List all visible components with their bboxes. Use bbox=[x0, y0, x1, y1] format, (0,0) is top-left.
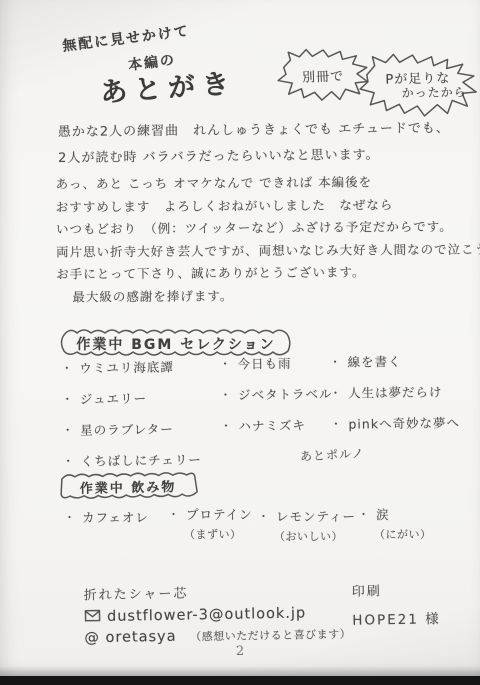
drink-item: ・カフェオレ bbox=[64, 508, 149, 526]
body-line: いつもどおり （例：ツイッターなど）ふざける予定だからです。 bbox=[56, 215, 480, 241]
bullet-icon: ・ bbox=[220, 380, 232, 411]
bgm-list-item: ・線を書く bbox=[329, 345, 459, 378]
bgm-list-item: ・星のラブレター bbox=[62, 413, 202, 446]
body-line: あっ、あと こっち オマケなんで できれば 本編後を bbox=[56, 170, 480, 196]
bullet-icon: ・ bbox=[61, 353, 73, 384]
body-line: おすすめします よろしくおねがいしました なぜなら bbox=[56, 193, 480, 219]
bgm-list-item: ・ジュエリー bbox=[62, 382, 202, 415]
bullet-icon: ・ bbox=[329, 347, 341, 378]
body-line: お手にとって下さり、誠にありがとうございます。 bbox=[56, 260, 480, 286]
twitter-note: （感想いただけると喜びます） bbox=[190, 628, 351, 644]
bubble2-text-line2: かったから bbox=[358, 83, 480, 102]
bubble1-text: 別冊で bbox=[276, 64, 371, 86]
body-paragraph: あっ、あと こっち オマケなんで できれば 本編後を おすすめします よろしくお… bbox=[56, 170, 480, 308]
page-title: あとがき bbox=[99, 61, 237, 109]
bullet-icon: ・ bbox=[258, 508, 270, 524]
printing-credit: 印刷 HOPE21 様 bbox=[352, 579, 441, 629]
bgm-list-item: ・人生は夢だらけ bbox=[330, 376, 460, 409]
intro-line: 2人が読む時 バラバラだったらいいなと思います。 bbox=[58, 142, 450, 172]
email-line: dustflower-3@outlook.jp bbox=[84, 605, 351, 626]
envelope-icon bbox=[84, 609, 101, 622]
drink-item: ・レモンティー （おいしい） bbox=[258, 507, 356, 544]
drink-name: レモンティー bbox=[276, 509, 356, 524]
bgm-list-column3: ・線を書く ・人生は夢だらけ ・pinkへ奇妙な夢へ bbox=[329, 345, 460, 440]
bullet-icon: ・ bbox=[168, 506, 180, 522]
drink-name: カフェオレ bbox=[82, 510, 149, 525]
drink-item: ・プロテイン （まずい） bbox=[168, 505, 253, 542]
bgm-list-item: ・pinkへ奇妙な夢へ bbox=[330, 407, 460, 440]
burst-bubble-pages: Pが足りな かったから bbox=[357, 51, 478, 119]
intro-line: 愚かな2人の練習曲 れんしゅうきょくでも エチュードでも、 bbox=[58, 116, 450, 146]
bgm-side-note: あとポルノ bbox=[300, 444, 365, 464]
body-line: 最大級の感謝を捧げます。 bbox=[56, 283, 480, 309]
drink-name: プロテイン bbox=[186, 507, 253, 522]
bgm-list-item: ・ハナミズキ bbox=[220, 409, 333, 442]
bullet-icon: ・ bbox=[219, 349, 231, 380]
printing-company: HOPE21 様 bbox=[352, 607, 441, 629]
email-address: dustflower-3@outlook.jp bbox=[107, 605, 306, 624]
bgm-list-item: ・ジベタトラベル bbox=[220, 378, 333, 411]
scan-edge-gradient bbox=[0, 666, 480, 676]
drinks-section-title: 作業中 飲み物 bbox=[54, 476, 202, 498]
contact-block: 折れたシャー芯 dustflower-3@outlook.jp @ oretas… bbox=[83, 580, 351, 647]
bullet-icon: ・ bbox=[64, 509, 76, 525]
drink-name: 涙 bbox=[376, 507, 390, 522]
page-number: 2 bbox=[0, 644, 480, 659]
bullet-icon: ・ bbox=[330, 409, 342, 440]
drink-note: （おいしい） bbox=[258, 528, 356, 544]
body-line: 両片思い折寺大好き芸人ですが、両想いなじみ大好き人間なので泣こうぜ bbox=[56, 238, 480, 264]
bullet-icon: ・ bbox=[220, 411, 232, 442]
bgm-list-column2: ・今日も雨 ・ジベタトラベル ・ハナミズキ bbox=[219, 347, 333, 442]
drink-note: （まずい） bbox=[168, 526, 253, 542]
printing-label: 印刷 bbox=[352, 579, 441, 600]
author-name: 折れたシャー芯 bbox=[83, 580, 350, 604]
bullet-icon: ・ bbox=[62, 384, 74, 415]
intro-paragraph: 愚かな2人の練習曲 れんしゅうきょくでも エチュードでも、 2人が読む時 バラバ… bbox=[58, 116, 451, 172]
bullet-icon: ・ bbox=[358, 506, 370, 522]
scan-edge-shadow bbox=[0, 676, 480, 685]
bgm-list-item: ・ウミユリ海底譚 bbox=[61, 351, 201, 384]
drink-note: （にがい） bbox=[358, 526, 432, 542]
drink-item: ・涙 （にがい） bbox=[358, 505, 432, 542]
scanned-page: 無配に見せかけて 本編の あとがき 別冊で Pが足りな かったから 愚かな2人の… bbox=[0, 0, 480, 685]
bgm-list-item: ・今日も雨 bbox=[219, 347, 332, 380]
bullet-icon: ・ bbox=[330, 378, 342, 409]
bullet-icon: ・ bbox=[62, 415, 74, 446]
drinks-section-header: 作業中 飲み物 bbox=[54, 467, 203, 506]
bgm-list-column1: ・ウミユリ海底譚 ・ジュエリー ・星のラブレター ・くちばしにチェリー bbox=[61, 351, 202, 477]
